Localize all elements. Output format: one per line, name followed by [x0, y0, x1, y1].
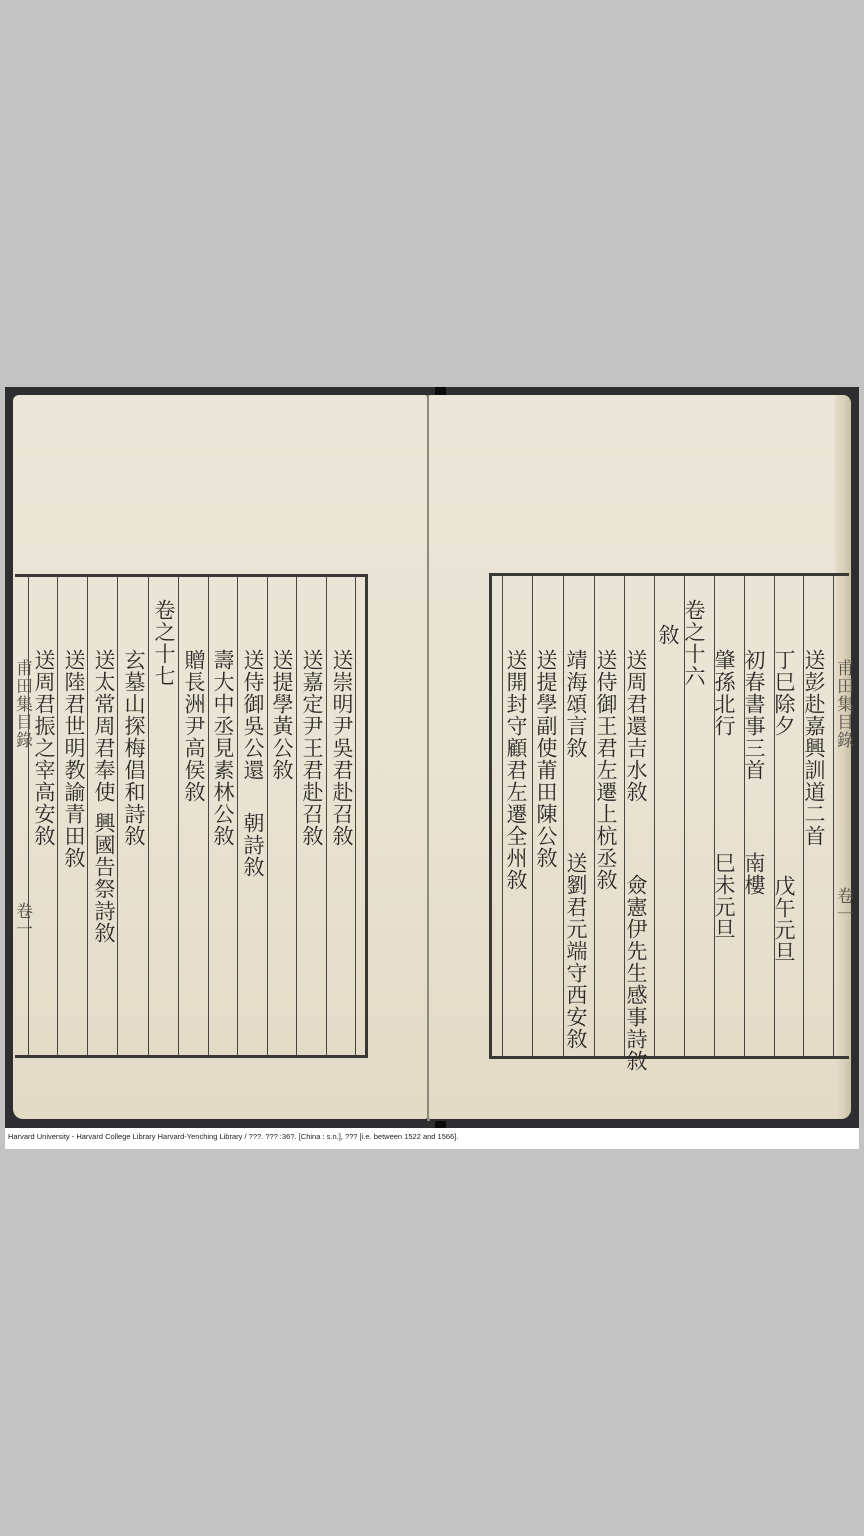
- toc-entry: 送太常周君奉使: [93, 649, 115, 803]
- toc-entry: 送崇明尹吳君赴召敘: [331, 649, 353, 847]
- toc-entry: 送提學黃公敘: [271, 649, 293, 781]
- left-margin-title: 甫田集目錄: [13, 659, 31, 749]
- toc-entry: 肇孫北行: [713, 649, 735, 737]
- volume-heading: 卷之十六: [683, 599, 705, 687]
- toc-entry: 玄墓山探梅倡和詩敘: [123, 649, 145, 847]
- section-heading: 敘: [657, 624, 679, 646]
- toc-entry-continued: 戊午元旦: [773, 875, 795, 963]
- toc-entry: 送陸君世明教諭青田敘: [63, 649, 85, 869]
- toc-entry: 送嘉定尹王君赴召敘: [301, 649, 323, 847]
- spine-mark: [435, 1121, 446, 1128]
- toc-entry: 壽大中丞見素林公敘: [212, 649, 234, 847]
- toc-entry-continued: 興國告祭詩敘: [93, 812, 115, 944]
- toc-entry: 贈長洲尹高侯敘: [183, 649, 205, 803]
- toc-entry: 送周君還吉水敘: [625, 649, 647, 803]
- toc-entry-continued: 僉憲伊先生感事詩敘: [625, 874, 647, 1072]
- caption-bar: Harvard University - Harvard College Lib…: [5, 1128, 859, 1149]
- toc-entry-continued: 巳未元旦: [713, 852, 735, 940]
- toc-entry: 送提學副使莆田陳公敘: [535, 649, 557, 869]
- toc-entry: 丁巳除夕: [773, 649, 795, 737]
- toc-entry: 初春書事三首: [743, 649, 765, 781]
- image-caption: Harvard University - Harvard College Lib…: [8, 1132, 458, 1141]
- toc-entry: 送彭赴嘉興訓道二首: [803, 649, 825, 847]
- toc-entry-continued: 送劉君元端守西安敘: [565, 852, 587, 1050]
- right-margin-title: 甫田集目錄: [834, 659, 852, 749]
- toc-entry: 送侍御吳公還: [242, 649, 264, 781]
- toc-entry-continued: 朝詩敘: [242, 812, 264, 878]
- right-margin-page: 卷一: [834, 887, 852, 923]
- toc-entry: 靖海頌言敘: [565, 649, 587, 759]
- toc-entry: 送周君振之宰高安敘: [33, 649, 55, 847]
- toc-entry: 送侍御王君左遷上杭丞敘: [595, 649, 617, 891]
- document-viewer: 甫田集目錄 卷一 送崇明尹吳君赴召敘 送嘉定尹王君赴召敘 送提學黃公敘 送侍御吳…: [5, 387, 859, 1149]
- book-scan-image[interactable]: 甫田集目錄 卷一 送崇明尹吳君赴召敘 送嘉定尹王君赴召敘 送提學黃公敘 送侍御吳…: [5, 387, 859, 1128]
- toc-entry: 送開封守顧君左遷全州敘: [505, 649, 527, 891]
- left-margin-page: 卷一: [13, 902, 31, 938]
- volume-heading: 卷之十七: [153, 599, 175, 687]
- toc-entry-continued: 南樓: [743, 852, 765, 896]
